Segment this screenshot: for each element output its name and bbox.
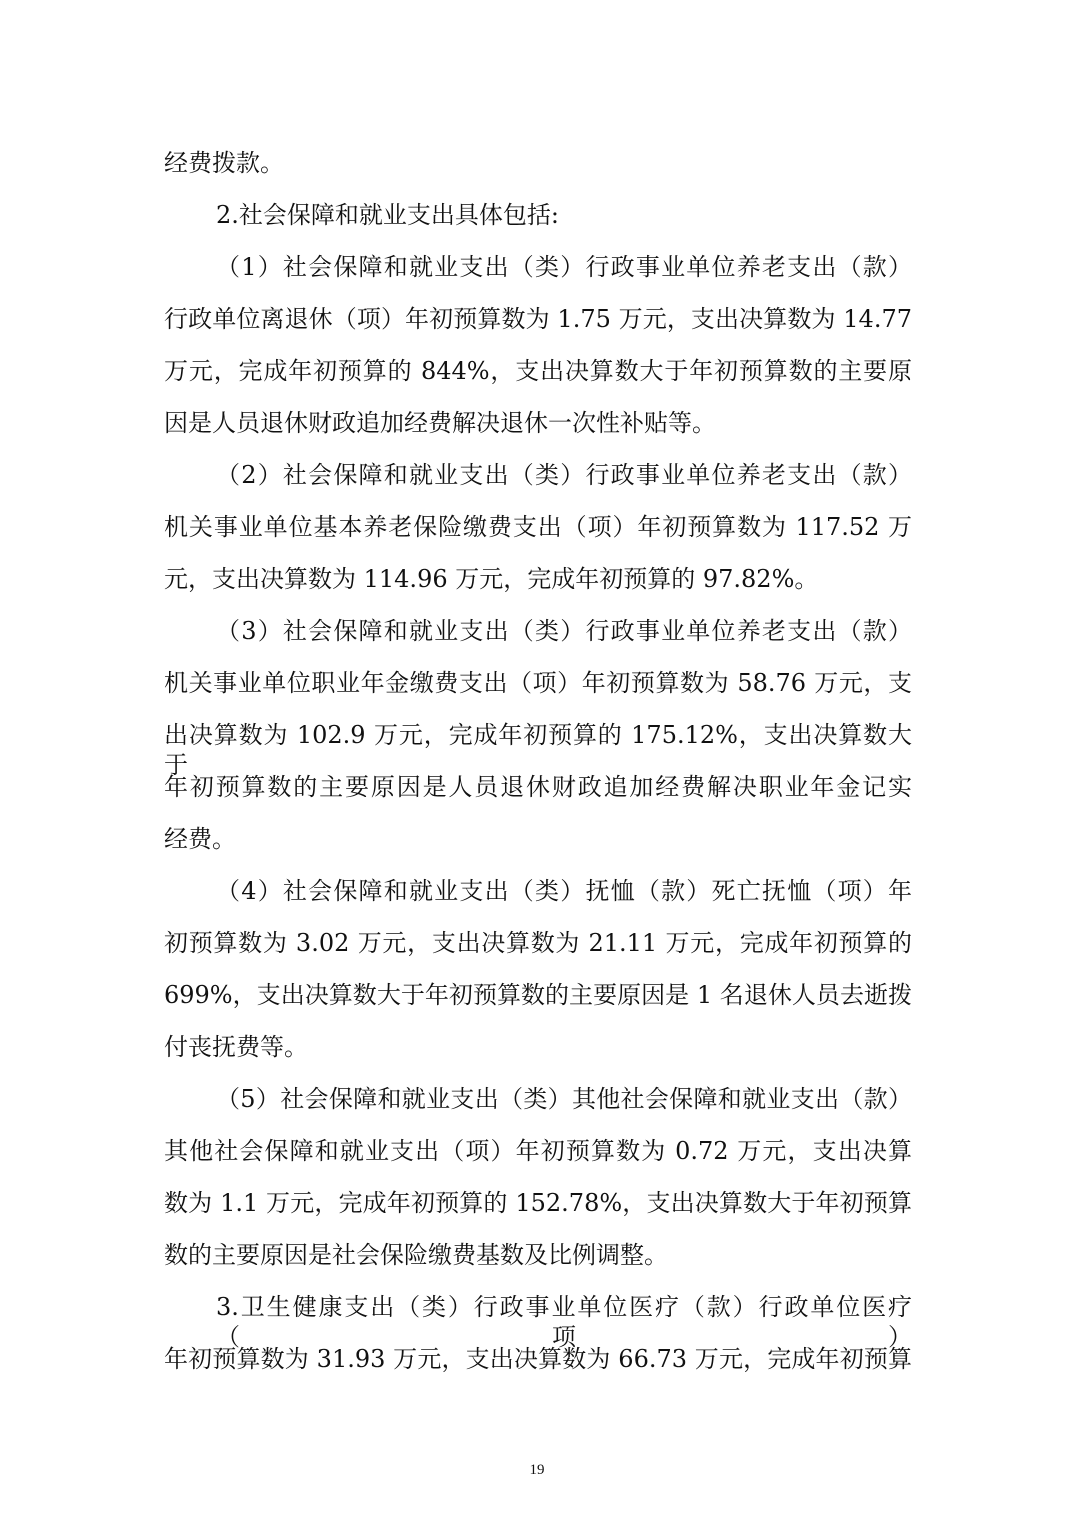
text-line: （1）社会保障和就业支出（类）行政事业单位养老支出（款） <box>216 252 912 282</box>
text-line: 数为 1.1 万元，完成年初预算的 152.78%，支出决算数大于年初预算 <box>164 1188 912 1218</box>
text-line: （4）社会保障和就业支出（类）抚恤（款）死亡抚恤（项）年 <box>216 876 912 906</box>
text-line: 元，支出决算数为 114.96 万元，完成年初预算的 97.82%。 <box>164 564 912 594</box>
text-line: 3.卫生健康支出（类）行政事业单位医疗（款）行政单位医疗（项） <box>216 1292 912 1352</box>
text-line: 出决算数为 102.9 万元，完成年初预算的 175.12%，支出决算数大于 <box>164 720 912 780</box>
text-line: 经费。 <box>164 824 912 854</box>
text-line: 机关事业单位基本养老保险缴费支出（项）年初预算数为 117.52 万 <box>164 512 912 542</box>
text-line: 万元，完成年初预算的 844%，支出决算数大于年初预算数的主要原 <box>164 356 912 386</box>
text-line: 初预算数为 3.02 万元，支出决算数为 21.11 万元，完成年初预算的 <box>164 928 912 958</box>
page-number: 19 <box>0 1462 1074 1479</box>
document-page: 经费拨款。2.社会保障和就业支出具体包括:（1）社会保障和就业支出（类）行政事业… <box>0 0 1074 1520</box>
text-line: 经费拨款。 <box>164 148 912 178</box>
text-line: 因是人员退休财政追加经费解决退休一次性补贴等。 <box>164 408 912 438</box>
text-line: 行政单位离退休（项）年初预算数为 1.75 万元，支出决算数为 14.77 <box>164 304 912 334</box>
text-line: （5）社会保障和就业支出（类）其他社会保障和就业支出（款） <box>216 1084 912 1114</box>
text-line: 2.社会保障和就业支出具体包括: <box>216 200 912 230</box>
text-line: （2）社会保障和就业支出（类）行政事业单位养老支出（款） <box>216 460 912 490</box>
text-line: 机关事业单位职业年金缴费支出（项）年初预算数为 58.76 万元，支 <box>164 668 912 698</box>
text-line: 付丧抚费等。 <box>164 1032 912 1062</box>
text-line: 其他社会保障和就业支出（项）年初预算数为 0.72 万元，支出决算 <box>164 1136 912 1166</box>
text-line: 年初预算数的主要原因是人员退休财政追加经费解决职业年金记实 <box>164 772 912 802</box>
text-line: 数的主要原因是社会保险缴费基数及比例调整。 <box>164 1240 912 1270</box>
text-line: 699%，支出决算数大于年初预算数的主要原因是 1 名退休人员去逝拨 <box>164 980 912 1010</box>
text-line: （3）社会保障和就业支出（类）行政事业单位养老支出（款） <box>216 616 912 646</box>
text-line: 年初预算数为 31.93 万元，支出决算数为 66.73 万元，完成年初预算 <box>164 1344 912 1374</box>
